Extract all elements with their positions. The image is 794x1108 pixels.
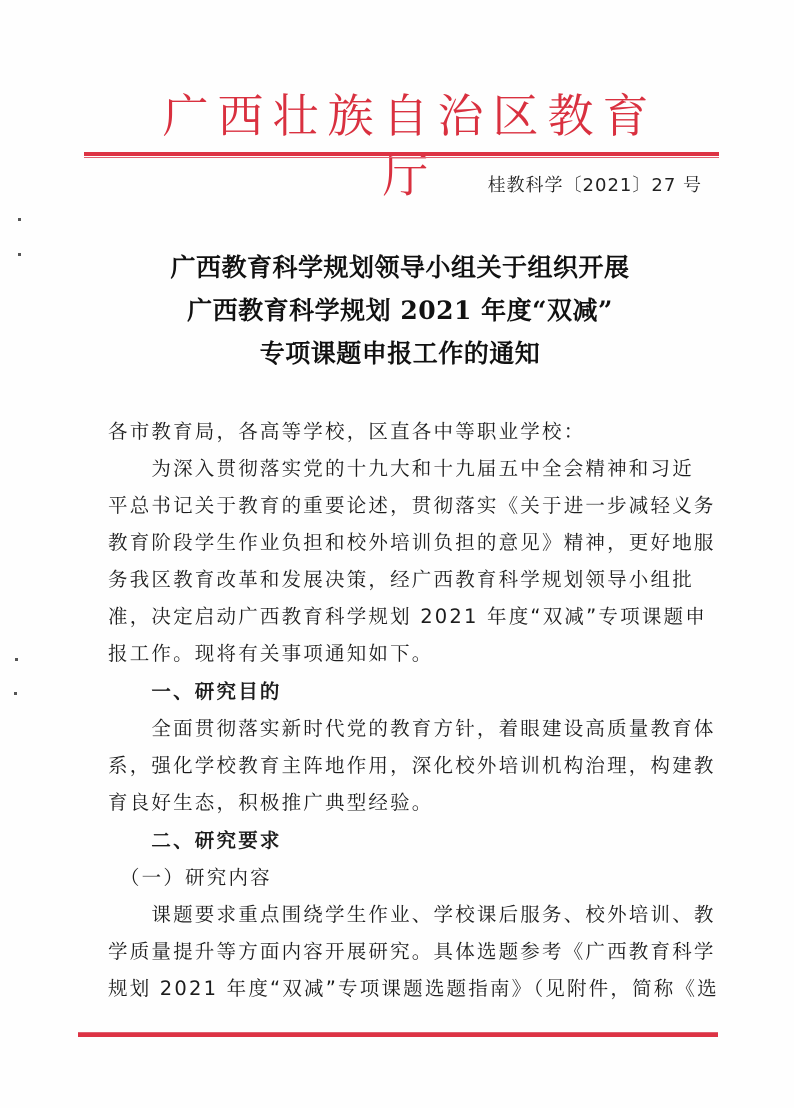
binding-mark: [18, 218, 21, 221]
body-line: 规划 2021 年度“双减”专项课题选题指南》（见附件，简称《选: [108, 973, 708, 1001]
title-line-3: 专项课题申报工作的通知: [110, 332, 690, 375]
body-line: 为深入贯彻落实党的十九大和十九届五中全会精神和习近: [108, 453, 708, 481]
title-line-1: 广西教育科学规划领导小组关于组织开展: [110, 246, 690, 289]
document-number: 桂教科学〔2021〕27 号: [488, 171, 702, 197]
binding-mark: [18, 253, 21, 256]
body-line: 系，强化学校教育主阵地作用，深化校外培训机构治理，构建教: [108, 750, 708, 778]
header-red-rule: [84, 152, 719, 158]
document-title: 广西教育科学规划领导小组关于组织开展 广西教育科学规划 2021 年度“双减” …: [110, 246, 690, 375]
body-line: 平总书记关于教育的重要论述，贯彻落实《关于进一步减轻义务: [108, 490, 708, 518]
subsection-heading: （一）研究内容: [108, 862, 708, 890]
title-line-2: 广西教育科学规划 2021 年度“双减”: [110, 289, 690, 332]
body-line: 教育阶段学生作业负担和校外培训负担的意见》精神，更好地服: [108, 527, 708, 555]
body-line: 务我区教育改革和发展决策，经广西教育科学规划领导小组批: [108, 564, 708, 592]
body-line: 学质量提升等方面内容开展研究。具体选题参考《广西教育科学: [108, 936, 708, 964]
body-line: 育良好生态，积极推广典型经验。: [108, 787, 708, 815]
section-heading-2: 二、研究要求: [108, 825, 708, 853]
addressee-line: 各市教育局，各高等学校，区直各中等职业学校：: [108, 416, 708, 444]
binding-mark: [14, 692, 17, 695]
footer-red-rule: [78, 1031, 718, 1037]
body-line: 课题要求重点围绕学生作业、学校课后服务、校外培训、教: [108, 899, 708, 927]
body-line: 报工作。现将有关事项通知如下。: [108, 638, 708, 666]
body-line: 准，决定启动广西教育科学规划 2021 年度“双减”专项课题申: [108, 601, 708, 629]
document-page: 广西壮族自治区教育厅 桂教科学〔2021〕27 号 广西教育科学规划领导小组关于…: [0, 0, 794, 1108]
body-line: 全面贯彻落实新时代党的教育方针，着眼建设高质量教育体: [108, 713, 708, 741]
section-heading-1: 一、研究目的: [108, 676, 708, 704]
binding-mark: [15, 658, 18, 661]
